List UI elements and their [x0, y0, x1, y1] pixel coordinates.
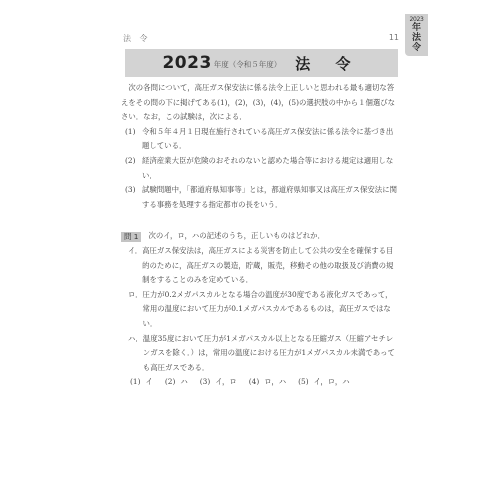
choice-text: イ，ロ，ハ: [314, 377, 350, 386]
statement-text: 温度35度において圧力が1メガパスカル以上となる圧縮ガス（圧縮アセチレンガスを除…: [143, 332, 399, 376]
statement-i: イ． 高圧ガス保安法は，高圧ガスによる災害を防止して公共の安全を確保する目的のた…: [121, 244, 399, 288]
note-item: (2) 経済産業大臣が危険のおそれのないと認めた場合等における規定は適用しない．: [121, 154, 399, 183]
note-text: 試験問題中，「都道府県知事等」とは，都道府県知事又は高圧ガス保安法に関する事務を…: [142, 183, 399, 212]
question-prompt: 次のイ，ロ，ハの記述のうち，正しいものはどれか．: [148, 229, 324, 244]
choice-4: (4)ロ，ハ: [249, 375, 286, 390]
choice-text: ハ: [180, 377, 187, 386]
intro-paragraph: 次の各問について，高圧ガス保安法に係る法令上正しいと思われる最も適切な答えをその…: [121, 81, 399, 125]
page-number: 11: [389, 33, 399, 42]
choice-number: (1): [130, 377, 140, 386]
statement-key: ハ．: [128, 332, 143, 376]
note-text: 経済産業大臣が危険のおそれのないと認めた場合等における規定は適用しない．: [142, 154, 399, 183]
choice-3: (3)イ，ロ: [200, 375, 237, 390]
choice-number: (5): [298, 377, 308, 386]
choice-1: (1)イ: [130, 375, 153, 390]
choice-2: (2)ハ: [165, 375, 188, 390]
running-header: 法 令 11: [123, 33, 399, 45]
question-header: 問 1 次のイ，ロ，ハの記述のうち，正しいものはどれか．: [121, 229, 399, 244]
choice-text: イ，ロ: [215, 377, 237, 386]
statement-key: ロ．: [128, 288, 143, 332]
banner-year: 2023: [162, 53, 211, 73]
statement-ro: ロ． 圧力が0.2メガパスカルとなる場合の温度が30度である液化ガスであって，常…: [121, 288, 399, 332]
section-title: 法 令: [123, 33, 151, 44]
choice-text: ロ，ハ: [264, 377, 286, 386]
note-text: 令和５年４月１日現在施行されている高圧ガス保安法に係る法令に基づき出題している．: [142, 125, 399, 154]
side-tab-year: 2023: [405, 14, 428, 23]
choice-5: (5)イ，ロ，ハ: [298, 375, 349, 390]
statement-text: 圧力が0.2メガパスカルとなる場合の温度が30度である液化ガスであって，常用の温…: [143, 288, 400, 332]
question-number-badge: 問 1: [121, 232, 141, 242]
side-index-tab: 2023 年法令: [405, 14, 428, 56]
choice-text: イ: [145, 377, 152, 386]
note-item: (1) 令和５年４月１日現在施行されている高圧ガス保安法に係る法令に基づき出題し…: [121, 125, 399, 154]
answer-choices: (1)イ (2)ハ (3)イ，ロ (4)ロ，ハ (5)イ，ロ，ハ: [121, 375, 399, 390]
side-tab-label: 年法令: [412, 23, 422, 53]
exam-notes: (1) 令和５年４月１日現在施行されている高圧ガス保安法に係る法令に基づき出題し…: [121, 125, 399, 213]
note-number: (2): [125, 154, 142, 183]
note-number: (1): [125, 125, 142, 154]
statement-key: イ．: [128, 244, 142, 288]
choice-number: (4): [249, 377, 259, 386]
question-block: 問 1 次のイ，ロ，ハの記述のうち，正しいものはどれか． イ． 高圧ガス保安法は…: [121, 229, 399, 390]
page-content: 次の各問について，高圧ガス保安法に係る法令上正しいと思われる最も適切な答えをその…: [121, 81, 399, 390]
banner-era: 年度（令和５年度）: [214, 59, 282, 70]
statement-ha: ハ． 温度35度において圧力が1メガパスカル以上となる圧縮ガス（圧縮アセチレンガ…: [121, 332, 399, 376]
statement-text: 高圧ガス保安法は，高圧ガスによる災害を防止して公共の安全を確保する目的のために，…: [142, 244, 399, 288]
title-banner: 2023 年度（令和５年度） 法 令: [125, 49, 398, 77]
choice-number: (2): [165, 377, 175, 386]
note-number: (3): [125, 183, 142, 212]
banner-subject: 法 令: [295, 53, 360, 74]
note-item: (3) 試験問題中，「都道府県知事等」とは，都道府県知事又は高圧ガス保安法に関す…: [121, 183, 399, 212]
choice-number: (3): [200, 377, 210, 386]
